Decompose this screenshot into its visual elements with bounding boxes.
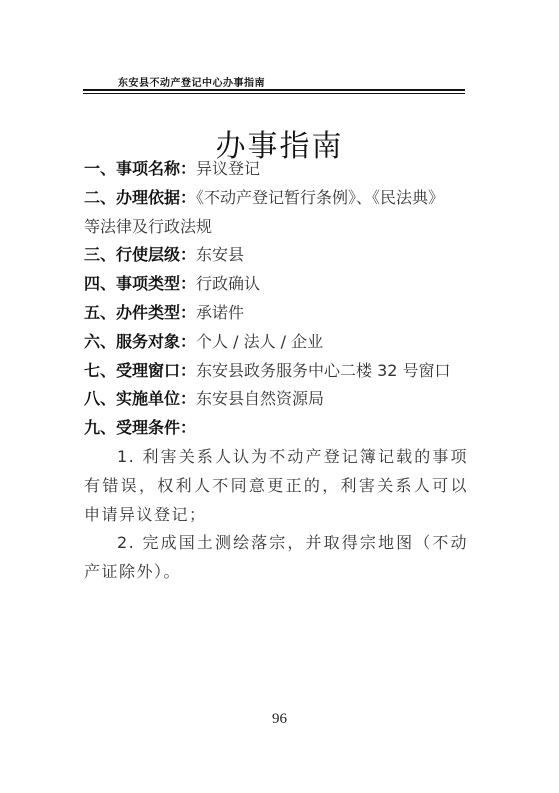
page-number: 96 xyxy=(0,711,559,728)
header-rule-thick xyxy=(83,89,465,91)
guide-content: 一、事项名称：异议登记 二、办理依据：《不动产登记暂行条例》、《民法典》 等法律… xyxy=(84,155,468,587)
item-label: 三、行使层级： xyxy=(84,245,196,264)
item-label: 二、办理依据： xyxy=(84,188,196,207)
item-label: 四、事项类型： xyxy=(84,274,196,293)
item-value: 东安县自然资源局 xyxy=(196,389,324,408)
item-case-type: 五、办件类型：承诺件 xyxy=(84,299,468,328)
item-value: 异议登记 xyxy=(196,159,260,178)
item-value: 东安县 xyxy=(196,245,244,264)
item-service-target: 六、服务对象：个人 / 法人 / 企业 xyxy=(84,328,468,357)
item-value: 东安县政务服务中心二楼 32 号窗口 xyxy=(196,361,451,380)
item-implementing-unit: 八、实施单位：东安县自然资源局 xyxy=(84,385,468,414)
item-value: 承诺件 xyxy=(196,303,244,322)
item-label: 九、受理条件： xyxy=(84,418,196,437)
item-label: 八、实施单位： xyxy=(84,389,196,408)
item-conditions: 九、受理条件： xyxy=(84,414,468,443)
item-type: 四、事项类型：行政确认 xyxy=(84,270,468,299)
document-page: 东安县不动产登记中心办事指南 办事指南 一、事项名称：异议登记 二、办理依据：《… xyxy=(0,0,559,793)
item-window: 七、受理窗口：东安县政务服务中心二楼 32 号窗口 xyxy=(84,357,468,386)
item-legal-basis: 二、办理依据：《不动产登记暂行条例》、《民法典》 xyxy=(84,184,468,213)
item-name: 一、事项名称：异议登记 xyxy=(84,155,468,184)
item-level: 三、行使层级：东安县 xyxy=(84,241,468,270)
item-value: 个人 / 法人 / 企业 xyxy=(196,332,323,351)
condition-2: 2. 完成国土测绘落宗，并取得宗地图（不动产证除外）。 xyxy=(84,529,468,587)
header-rule-thin xyxy=(83,93,465,94)
item-legal-basis-continuation: 等法律及行政法规 xyxy=(84,213,468,242)
item-label: 七、受理窗口： xyxy=(84,361,196,380)
item-label: 一、事项名称： xyxy=(84,159,196,178)
item-label: 六、服务对象： xyxy=(84,332,196,351)
item-value: 行政确认 xyxy=(196,274,260,293)
running-header: 东安县不动产登记中心办事指南 xyxy=(118,74,265,89)
item-label: 五、办件类型： xyxy=(84,303,196,322)
condition-1: 1. 利害关系人认为不动产登记簿记载的事项有错误，权利人不同意更正的，利害关系人… xyxy=(84,443,468,529)
item-value-continuation: 等法律及行政法规 xyxy=(84,217,212,236)
item-value: 《不动产登记暂行条例》、《民法典》 xyxy=(196,188,444,207)
